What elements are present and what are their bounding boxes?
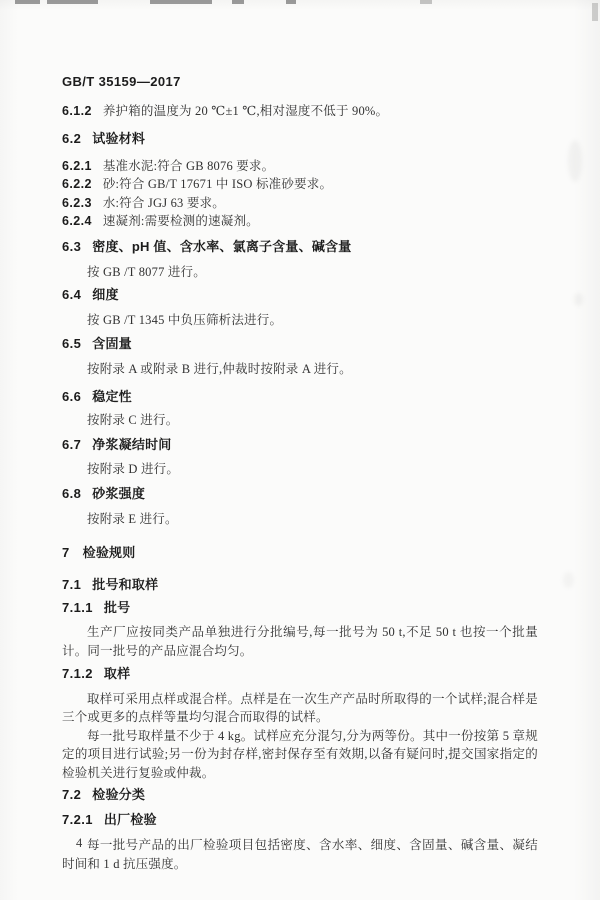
section-heading: 6.4细度 (62, 286, 538, 305)
clause-number: 6.2.3 (62, 196, 92, 210)
body-paragraph: 按附录 D 进行。 (62, 460, 538, 479)
scan-artifact-bar (420, 0, 432, 4)
clause-number: 6.3 (62, 239, 81, 254)
clause-text: 含固量 (92, 336, 132, 351)
clause-number: 6.2.2 (62, 177, 92, 191)
clause-text: 试验材料 (92, 131, 145, 146)
clause-line: 6.2.3水:符合 JGJ 63 要求。 (62, 194, 538, 213)
clause-number: 6.1.2 (62, 104, 92, 118)
clause-text: 水:符合 JGJ 63 要求。 (103, 196, 225, 210)
clause-line: 6.1.2养护箱的温度为 20 ℃±1 ℃,相对湿度不低于 90%。 (62, 102, 538, 121)
scan-artifact-mark (592, 3, 598, 21)
body-paragraph: 按附录 A 或附录 B 进行,仲裁时按附录 A 进行。 (62, 360, 538, 379)
clause-number: 6.6 (62, 389, 81, 404)
scan-artifact-bar (232, 0, 244, 4)
clause-text: 砂浆强度 (92, 486, 145, 501)
section-heading: 6.3密度、pH 值、含水率、氯离子含量、碱含量 (62, 238, 538, 257)
body-paragraph: 按附录 C 进行。 (62, 411, 538, 430)
clause-text: 按附录 C 进行。 (87, 413, 178, 427)
clause-line: 6.2.2砂:符合 GB/T 17671 中 ISO 标准砂要求。 (62, 175, 538, 194)
clause-text: 密度、pH 值、含水率、氯离子含量、碱含量 (92, 239, 351, 254)
clause-text: 按附录 A 或附录 B 进行,仲裁时按附录 A 进行。 (87, 362, 352, 376)
clause-text: 生产厂应按同类产品单独进行分批编号,每一批号为 50 t,不足 50 t 也按一… (62, 625, 538, 658)
clause-text: 稳定性 (92, 389, 132, 404)
section-heading: 7.2.1出厂检验 (62, 811, 538, 830)
clause-number: 7.2.1 (62, 812, 93, 827)
body-paragraph: 按 GB /T 1345 中负压筛析法进行。 (62, 311, 538, 330)
chapter-heading: 7检验规则 (62, 544, 538, 563)
clause-number: 6.8 (62, 486, 81, 501)
clause-text: 每一批号取样量不少于 4 kg。试样应充分混匀,分为两等份。其中一份按第 5 章… (62, 729, 538, 780)
scan-artifact-bar (47, 0, 98, 4)
clause-text: 按附录 E 进行。 (87, 512, 178, 526)
section-heading: 7.1批号和取样 (62, 576, 538, 595)
clause-number: 7.1 (62, 577, 81, 592)
clause-number: 6.7 (62, 437, 81, 452)
section-heading: 6.7净浆凝结时间 (62, 436, 538, 455)
clause-number: 7 (62, 545, 70, 560)
clause-number: 7.2 (62, 787, 81, 802)
clause-text: 按附录 D 进行。 (87, 462, 179, 476)
clause-text: 净浆凝结时间 (92, 437, 171, 452)
section-heading: 6.5含固量 (62, 335, 538, 354)
clause-number: 6.2.1 (62, 159, 92, 173)
clause-text: 取样可采用点样或混合样。点样是在一次生产产品时所取得的一个试样;混合样是三个或更… (62, 692, 538, 725)
clause-text: 批号和取样 (92, 577, 158, 592)
scan-artifact-bar (150, 0, 212, 4)
clause-text: 取样 (104, 666, 130, 681)
clause-text: 基准水泥:符合 GB 8076 要求。 (103, 159, 275, 173)
body-paragraph: 每一批号产品的出厂检验项目包括密度、含水率、细度、含固量、碱含量、凝结时间和 1… (62, 836, 538, 873)
scan-artifact-bar (15, 0, 40, 4)
scan-smudge (568, 140, 582, 182)
scan-smudge (563, 572, 574, 588)
standard-number-header: GB/T 35159—2017 (62, 73, 538, 92)
clause-text: 细度 (92, 287, 118, 302)
clause-number: 6.4 (62, 287, 81, 302)
clause-line: 6.2.4速凝剂:需要检测的速凝剂。 (62, 212, 538, 231)
clause-text: 每一批号产品的出厂检验项目包括密度、含水率、细度、含固量、碱含量、凝结时间和 1… (62, 838, 538, 871)
clause-number: 6.2.4 (62, 214, 92, 228)
body-paragraph: 生产厂应按同类产品单独进行分批编号,每一批号为 50 t,不足 50 t 也按一… (62, 623, 538, 660)
scan-smudge (574, 293, 583, 306)
clause-text: 养护箱的温度为 20 ℃±1 ℃,相对湿度不低于 90%。 (103, 104, 388, 118)
clause-text: 速凝剂:需要检测的速凝剂。 (103, 214, 259, 228)
body-paragraph: 每一批号取样量不少于 4 kg。试样应充分混匀,分为两等份。其中一份按第 5 章… (62, 727, 538, 783)
clause-text: 按 GB /T 1345 中负压筛析法进行。 (87, 313, 282, 327)
page-number: 4 (76, 834, 82, 852)
section-heading: 7.1.1批号 (62, 599, 538, 618)
clause-text: 批号 (104, 600, 130, 615)
document-body: GB/T 35159—2017 6.1.2养护箱的温度为 20 ℃±1 ℃,相对… (62, 73, 538, 873)
clause-text: 出厂检验 (104, 812, 157, 827)
section-heading: 6.2试验材料 (62, 130, 538, 149)
section-heading: 7.1.2取样 (62, 665, 538, 684)
clause-number: 6.2 (62, 131, 81, 146)
clause-line: 6.2.1基准水泥:符合 GB 8076 要求。 (62, 157, 538, 176)
section-heading: 7.2检验分类 (62, 786, 538, 805)
body-paragraph: 按附录 E 进行。 (62, 510, 538, 529)
clause-text: 检验分类 (92, 787, 145, 802)
clause-text: 砂:符合 GB/T 17671 中 ISO 标准砂要求。 (103, 177, 332, 191)
clause-number: 7.1.1 (62, 600, 93, 615)
body-paragraph: 按 GB /T 8077 进行。 (62, 263, 538, 282)
body-paragraph: 取样可采用点样或混合样。点样是在一次生产产品时所取得的一个试样;混合样是三个或更… (62, 690, 538, 727)
section-heading: 6.6稳定性 (62, 388, 538, 407)
clause-number: 6.5 (62, 336, 81, 351)
scan-artifact-bar (286, 0, 296, 4)
clause-text: 检验规则 (83, 545, 136, 560)
clause-number: 7.1.2 (62, 666, 93, 681)
section-heading: 6.8砂浆强度 (62, 485, 538, 504)
clause-text: 按 GB /T 8077 进行。 (87, 265, 206, 279)
